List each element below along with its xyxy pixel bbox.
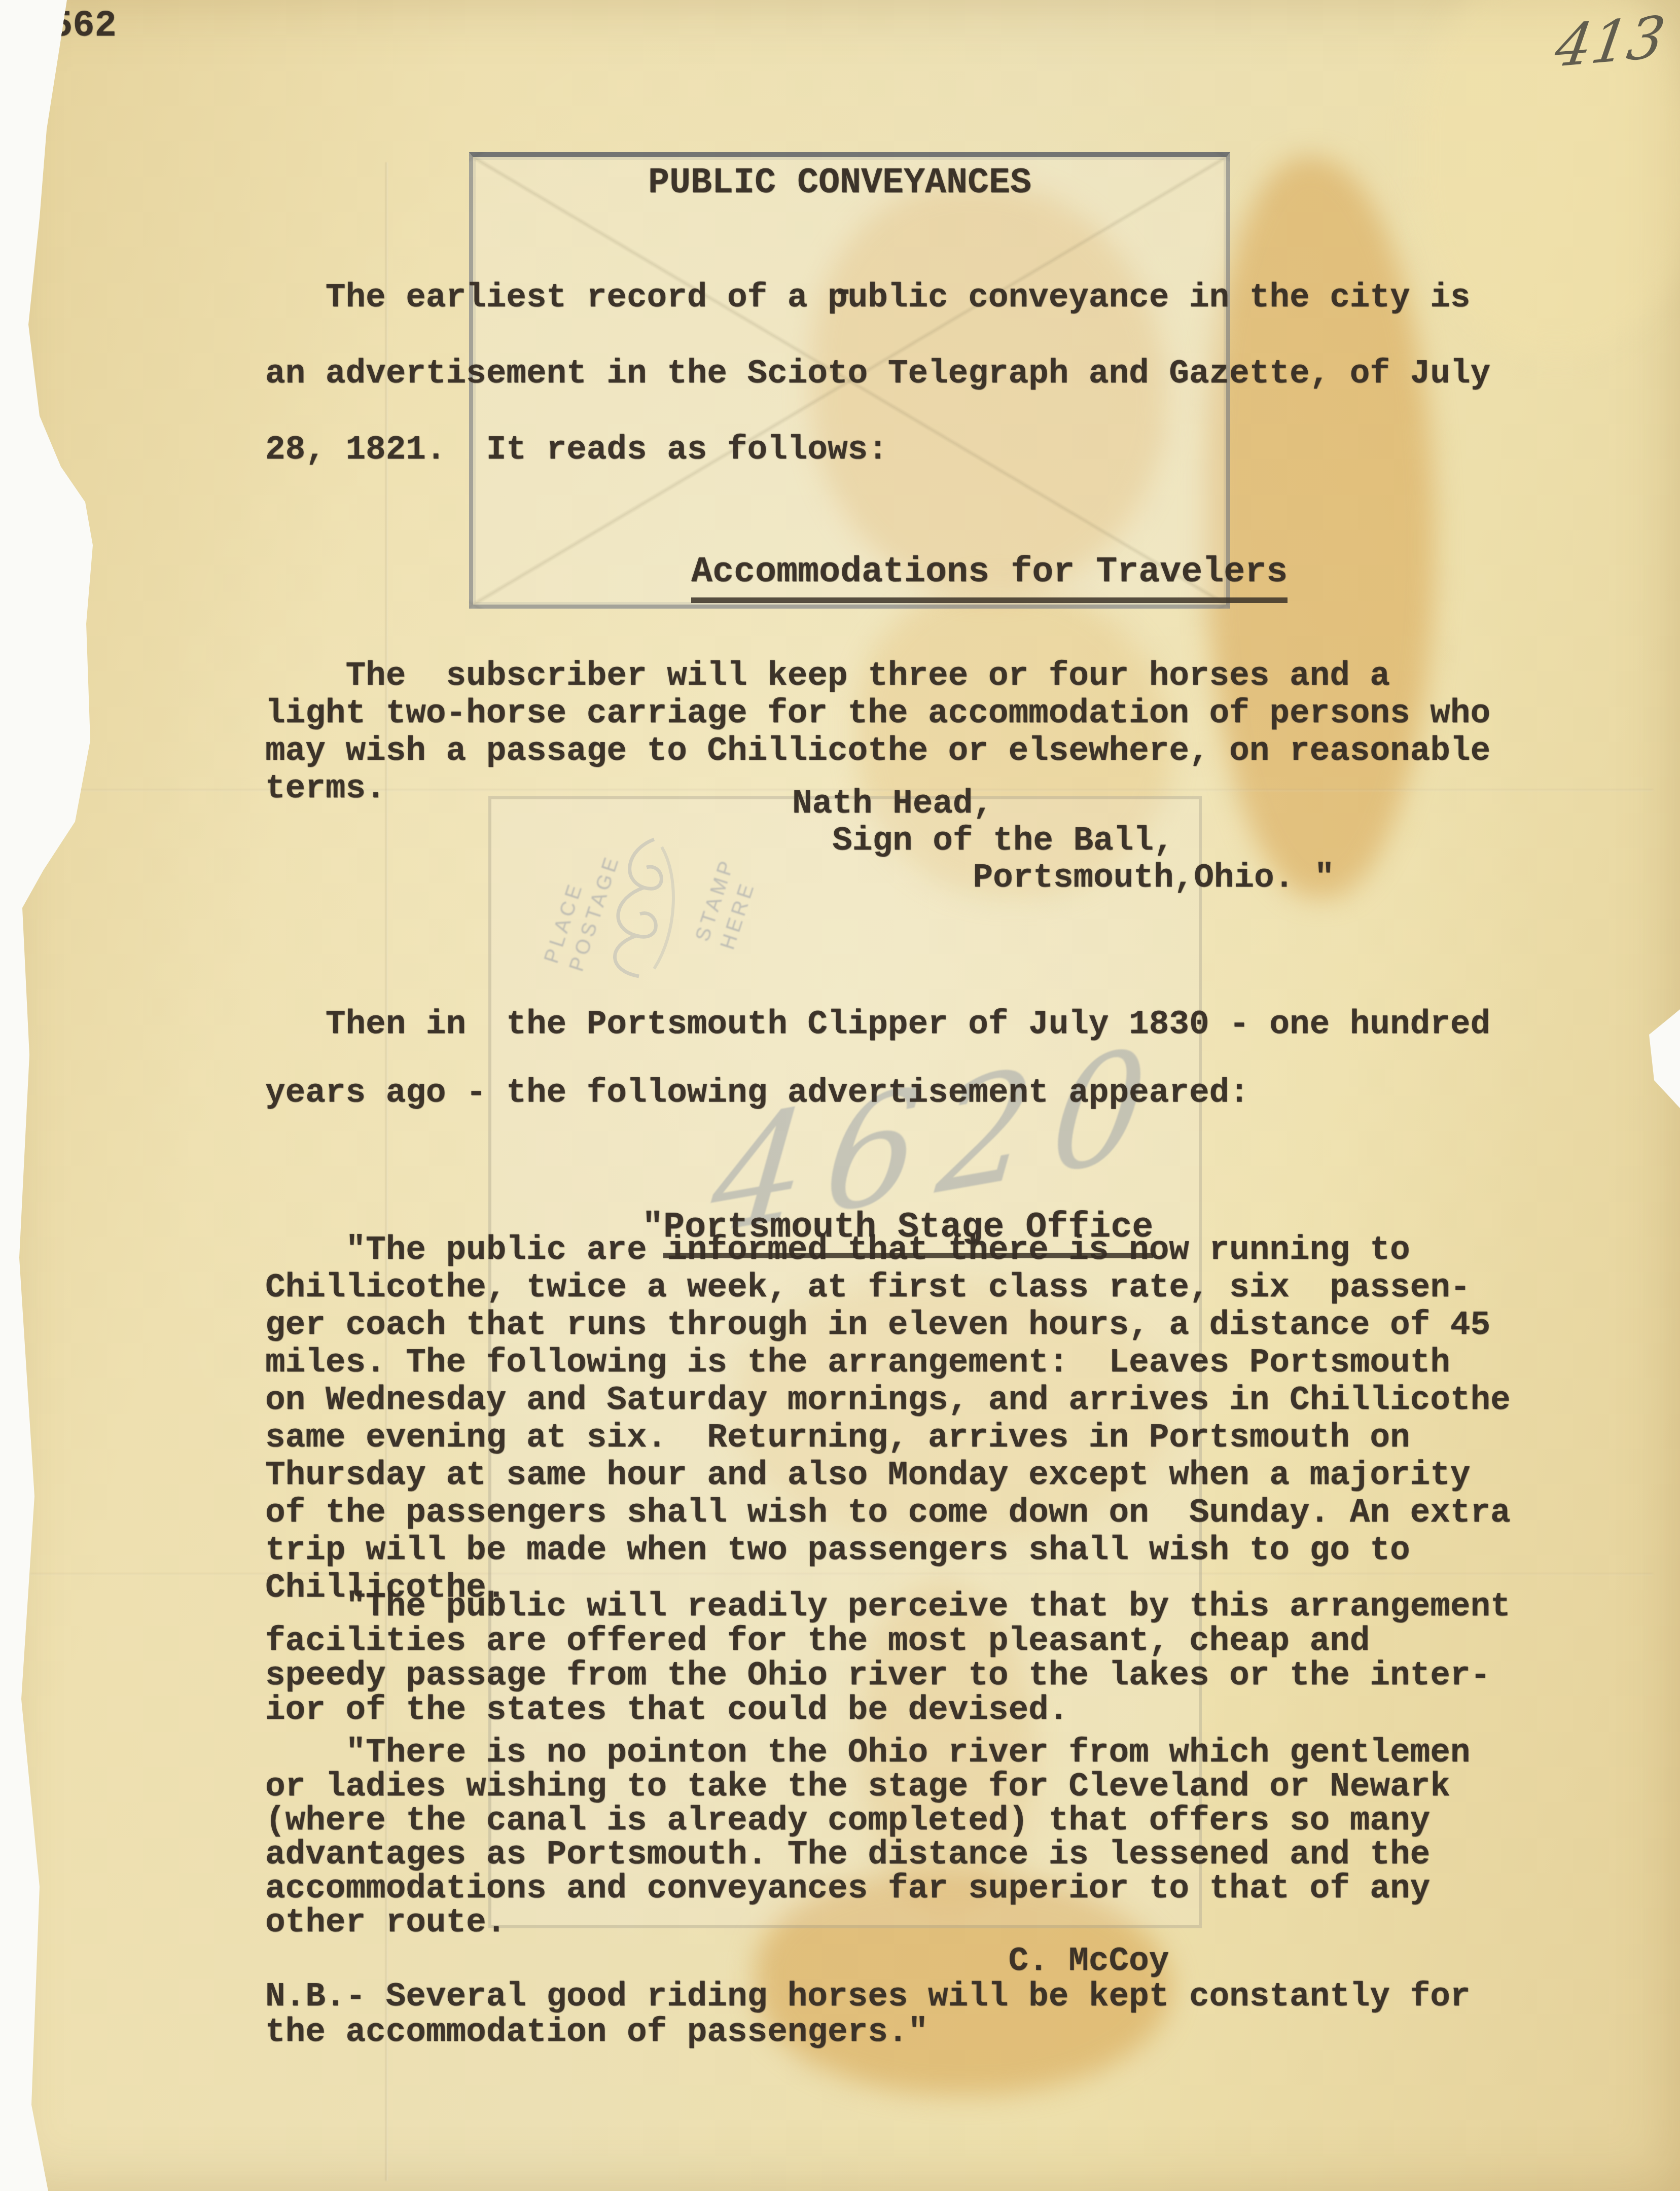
- typed-page-number: 562: [51, 5, 117, 47]
- intro-paragraph: The earliest record of a public conveyan…: [265, 260, 1490, 488]
- first-ad-heading-text: Accommodations for Travelers: [691, 552, 1288, 603]
- first-ad-signature: Nath Head, Sign of the Ball, Portsmouth,…: [792, 785, 1334, 896]
- postage-corner-marking: PLACE POSTAGE STAMP HERE: [517, 827, 750, 999]
- first-ad-heading: Accommodations for Travelers: [606, 512, 1288, 632]
- scroll-ornament-icon: [578, 832, 690, 984]
- second-ad-postscript: N.B.- Several good riding horses will be…: [265, 1979, 1470, 2050]
- aged-paper-sheet: PLACE POSTAGE STAMP HERE 4620 562 413 PU…: [0, 0, 1680, 2191]
- second-ad-signature: C. McCoy: [265, 1943, 1169, 1979]
- transition-paragraph: Then in the Portsmouth Clipper of July 1…: [265, 990, 1490, 1127]
- second-ad-paragraph-1: "The public are informed that there is n…: [265, 1231, 1511, 1607]
- handwritten-page-number: 413: [1551, 4, 1669, 81]
- second-ad-paragraph-2: "The public will readily perceive that b…: [265, 1589, 1511, 1727]
- second-ad-paragraph-3: "There is no pointon the Ohio river from…: [265, 1736, 1470, 1939]
- scanned-document-page: { "document": { "typed_page_number": "56…: [0, 0, 1680, 2191]
- page-title: PUBLIC CONVEYANCES: [648, 163, 1031, 203]
